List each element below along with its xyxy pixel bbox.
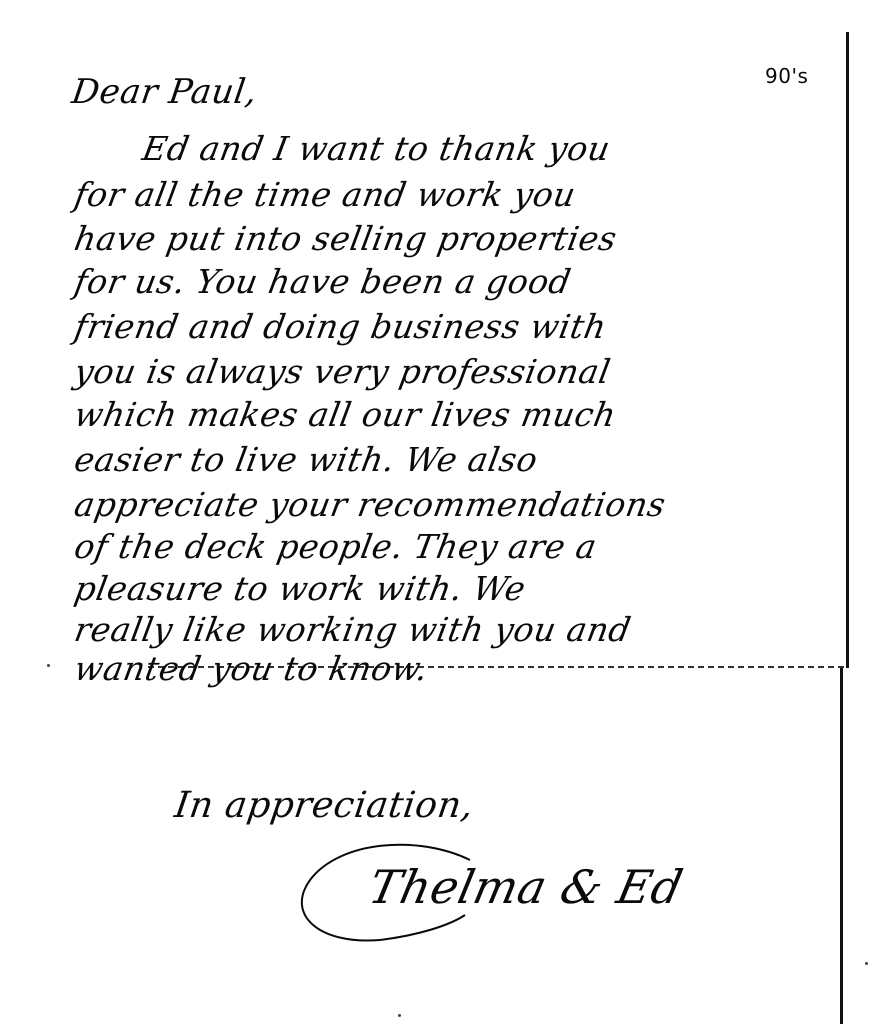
scan-speck — [47, 664, 50, 667]
body-line: of the deck people. They are a — [72, 530, 599, 563]
date-annotation: 90's — [765, 64, 808, 88]
salutation: Dear Paul, — [69, 72, 260, 112]
letter-page: 90's Dear Paul, Ed and I want to thank y… — [0, 0, 880, 1024]
body-line: for us. You have been a good — [72, 265, 574, 298]
scan-speck — [865, 962, 868, 965]
right-border-line-lower — [840, 668, 843, 1024]
body-line: friend and doing business with — [72, 310, 609, 343]
body-line: wanted you to know. — [72, 652, 431, 685]
body-line: appreciate your recommendations — [72, 488, 668, 521]
body-line: really like working with you and — [72, 613, 634, 646]
body-line: have put into selling properties — [72, 222, 619, 255]
right-border-line-upper — [846, 32, 849, 668]
body-line: for all the time and work you — [72, 178, 578, 211]
scan-speck — [398, 1014, 401, 1017]
body-line: Ed and I want to thank you — [140, 132, 613, 165]
body-line: easier to live with. We also — [72, 443, 540, 476]
body-line: pleasure to work with. We — [72, 572, 528, 605]
signature: Thelma & Ed — [364, 860, 687, 914]
body-line: you is always very professional — [72, 355, 613, 388]
closing: In appreciation, — [172, 785, 476, 826]
body-line: which makes all our lives much — [72, 398, 619, 431]
